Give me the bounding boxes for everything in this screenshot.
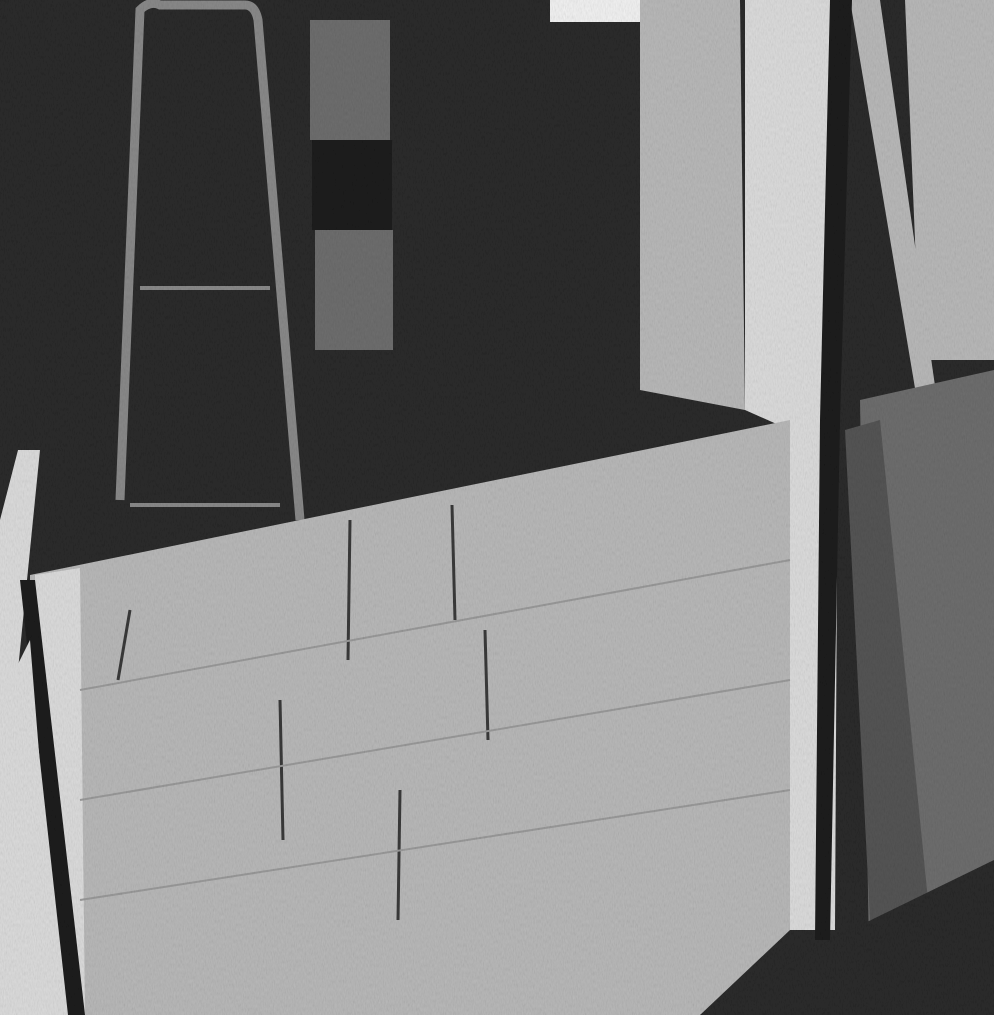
far-right-wall xyxy=(905,0,994,360)
tall-board-left xyxy=(640,0,745,410)
photo-scene xyxy=(0,0,994,1015)
background-panel-upper xyxy=(310,20,390,140)
plank-seam xyxy=(398,790,400,920)
background-panel-lower xyxy=(315,230,393,350)
background-slats xyxy=(312,140,392,230)
sky-patch xyxy=(550,0,640,22)
plank-seam xyxy=(348,520,350,660)
